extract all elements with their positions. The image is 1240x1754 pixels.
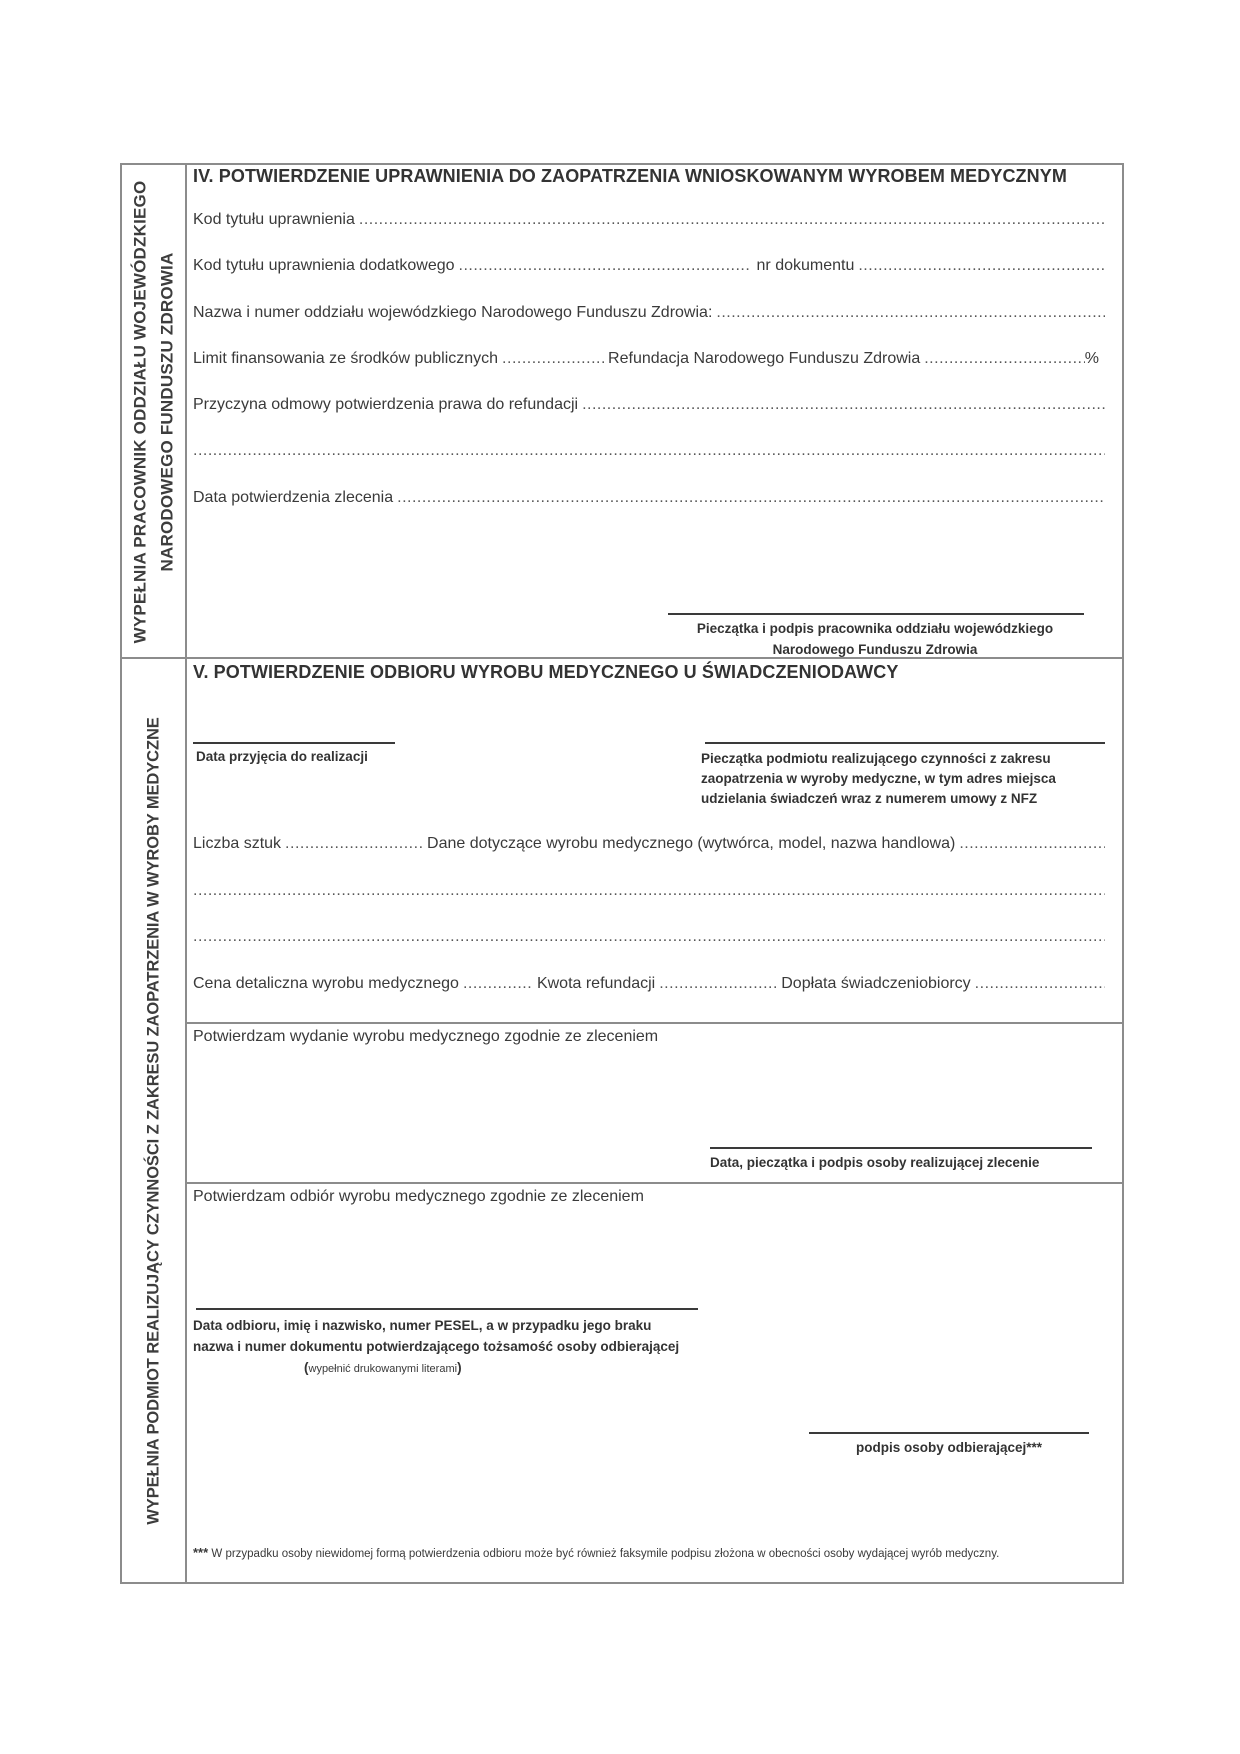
field-label: Dane dotyczące wyrobu medycznego (wytwór… (423, 835, 959, 853)
recipient-signature-caption: podpis osoby odbierającej*** (809, 1440, 1089, 1455)
side-label-line-2: NARODOWEGO FUNDUSZU ZDROWIA (154, 180, 181, 643)
kwota-refundacji-input[interactable]: .............................. (659, 975, 777, 993)
przyczyna-odmowy-continuation-input[interactable] (193, 442, 1105, 460)
recipient-signature-line[interactable] (809, 1432, 1089, 1434)
nfz-signature-line[interactable] (668, 613, 1084, 615)
issuer-signature-line[interactable] (710, 1147, 1092, 1149)
kod-tytulu-dodatkowego-input[interactable]: ........................................… (459, 257, 751, 275)
field-label: Cena detaliczna wyrobu medycznego (193, 975, 463, 993)
footnote: *** W przypadku osoby niewidomej formą p… (193, 1544, 1111, 1563)
field-liczba-dane[interactable]: Liczba sztuk ...........................… (193, 835, 1105, 853)
form-frame (120, 163, 1124, 1584)
field-data-potwierdzenia[interactable]: Data potwierdzenia zlecenia (193, 489, 1105, 507)
date-received-line[interactable] (193, 742, 395, 744)
field-label: Kod tytułu uprawnienia dodatkowego (193, 257, 459, 275)
side-label-line-1: WYPEŁNIA PRACOWNIK ODDZIAŁU WOJEWÓDZKIEG… (127, 180, 154, 643)
section-v-title: V. POTWIERDZENIE ODBIORU WYROBU MEDYCZNE… (193, 662, 898, 683)
field-limit-refundacja[interactable]: Limit finansowania ze środków publicznyc… (193, 350, 1105, 368)
data-potwierdzenia-input[interactable] (397, 489, 1105, 507)
side-label-section-iv: WYPEŁNIA PRACOWNIK ODDZIAŁU WOJEWÓDZKIEG… (122, 165, 185, 658)
field-label: Dopłata świadczeniobiorcy (777, 975, 974, 993)
issuer-signature-caption: Data, pieczątka i podpis osoby realizują… (710, 1155, 1039, 1170)
field-cena-kwota-doplata[interactable]: Cena detaliczna wyrobu medycznego ......… (193, 975, 1105, 993)
field-label: Data potwierdzenia zlecenia (193, 489, 397, 507)
field-dane-continuation-1[interactable] (193, 882, 1105, 900)
footnote-marker: *** (193, 1545, 208, 1560)
side-column-divider (185, 163, 187, 1584)
field-label: Kod tytułu uprawnienia (193, 211, 359, 229)
nfz-signature-caption: Pieczątka i podpis pracownika oddziału w… (640, 618, 1110, 660)
field-label: Liczba sztuk (193, 835, 285, 853)
print-note: (wypełnić drukowanymi literami) (304, 1359, 462, 1377)
field-kod-tytulu[interactable]: Kod tytułu uprawnienia (193, 211, 1105, 229)
field-label: Nazwa i numer oddziału wojewódzkiego Nar… (193, 304, 716, 322)
side-label-section-v: WYPEŁNIA PODMIOT REALIZUJĄCY CZYNNOŚCI Z… (122, 660, 185, 1582)
dane-wyrobu-continuation-2-input[interactable] (193, 928, 1105, 946)
subsection-divider-receipt (185, 1182, 1124, 1184)
kod-tytulu-input[interactable] (359, 211, 1105, 229)
field-label: Kwota refundacji (533, 975, 659, 993)
footnote-text: W przypadku osoby niewidomej formą potwi… (211, 1548, 999, 1560)
section-iv-title: IV. POTWIERDZENIE UPRAWNIENIA DO ZAOPATR… (193, 166, 1067, 187)
nr-dokumentu-input[interactable] (858, 257, 1105, 275)
percent-suffix: % (1085, 350, 1105, 368)
refundacja-nfz-input[interactable] (924, 350, 1085, 368)
field-przyczyna-odmowy-continuation[interactable] (193, 442, 1105, 460)
provider-stamp-caption: Pieczątka podmiotu realizującego czynnoś… (701, 749, 1056, 809)
receipt-confirmation-text: Potwierdzam odbiór wyrobu medycznego zgo… (193, 1188, 644, 1206)
field-dane-continuation-2[interactable] (193, 928, 1105, 946)
provider-stamp-line[interactable] (705, 742, 1105, 744)
cena-detaliczna-input[interactable]: .................. (463, 975, 533, 993)
subsection-divider-issue (185, 1022, 1124, 1024)
field-label: Limit finansowania ze środków publicznyc… (193, 350, 502, 368)
dane-wyrobu-input[interactable] (959, 835, 1105, 853)
oddzial-nfz-input[interactable] (716, 304, 1105, 322)
date-received-caption: Data przyjęcia do realizacji (196, 749, 368, 764)
przyczyna-odmowy-input[interactable] (582, 396, 1105, 414)
recipient-data-caption: Data odbioru, imię i nazwisko, numer PES… (193, 1315, 679, 1357)
issue-confirmation-text: Potwierdzam wydanie wyrobu medycznego zg… (193, 1028, 658, 1046)
field-label: nr dokumentu (751, 257, 859, 275)
doplata-input[interactable] (975, 975, 1105, 993)
field-kod-tytulu-dodatkowego[interactable]: Kod tytułu uprawnienia dodatkowego .....… (193, 257, 1105, 275)
dane-wyrobu-continuation-1-input[interactable] (193, 882, 1105, 900)
liczba-sztuk-input[interactable]: ...................................... (285, 835, 423, 853)
field-oddzial-nfz[interactable]: Nazwa i numer oddziału wojewódzkiego Nar… (193, 304, 1105, 322)
field-label: Refundacja Narodowego Funduszu Zdrowia (604, 350, 924, 368)
limit-finansowania-input[interactable]: .......................... (502, 350, 604, 368)
field-przyczyna-odmowy[interactable]: Przyczyna odmowy potwierdzenia prawa do … (193, 396, 1105, 414)
recipient-data-line[interactable] (196, 1308, 698, 1310)
field-label: Przyczyna odmowy potwierdzenia prawa do … (193, 396, 582, 414)
